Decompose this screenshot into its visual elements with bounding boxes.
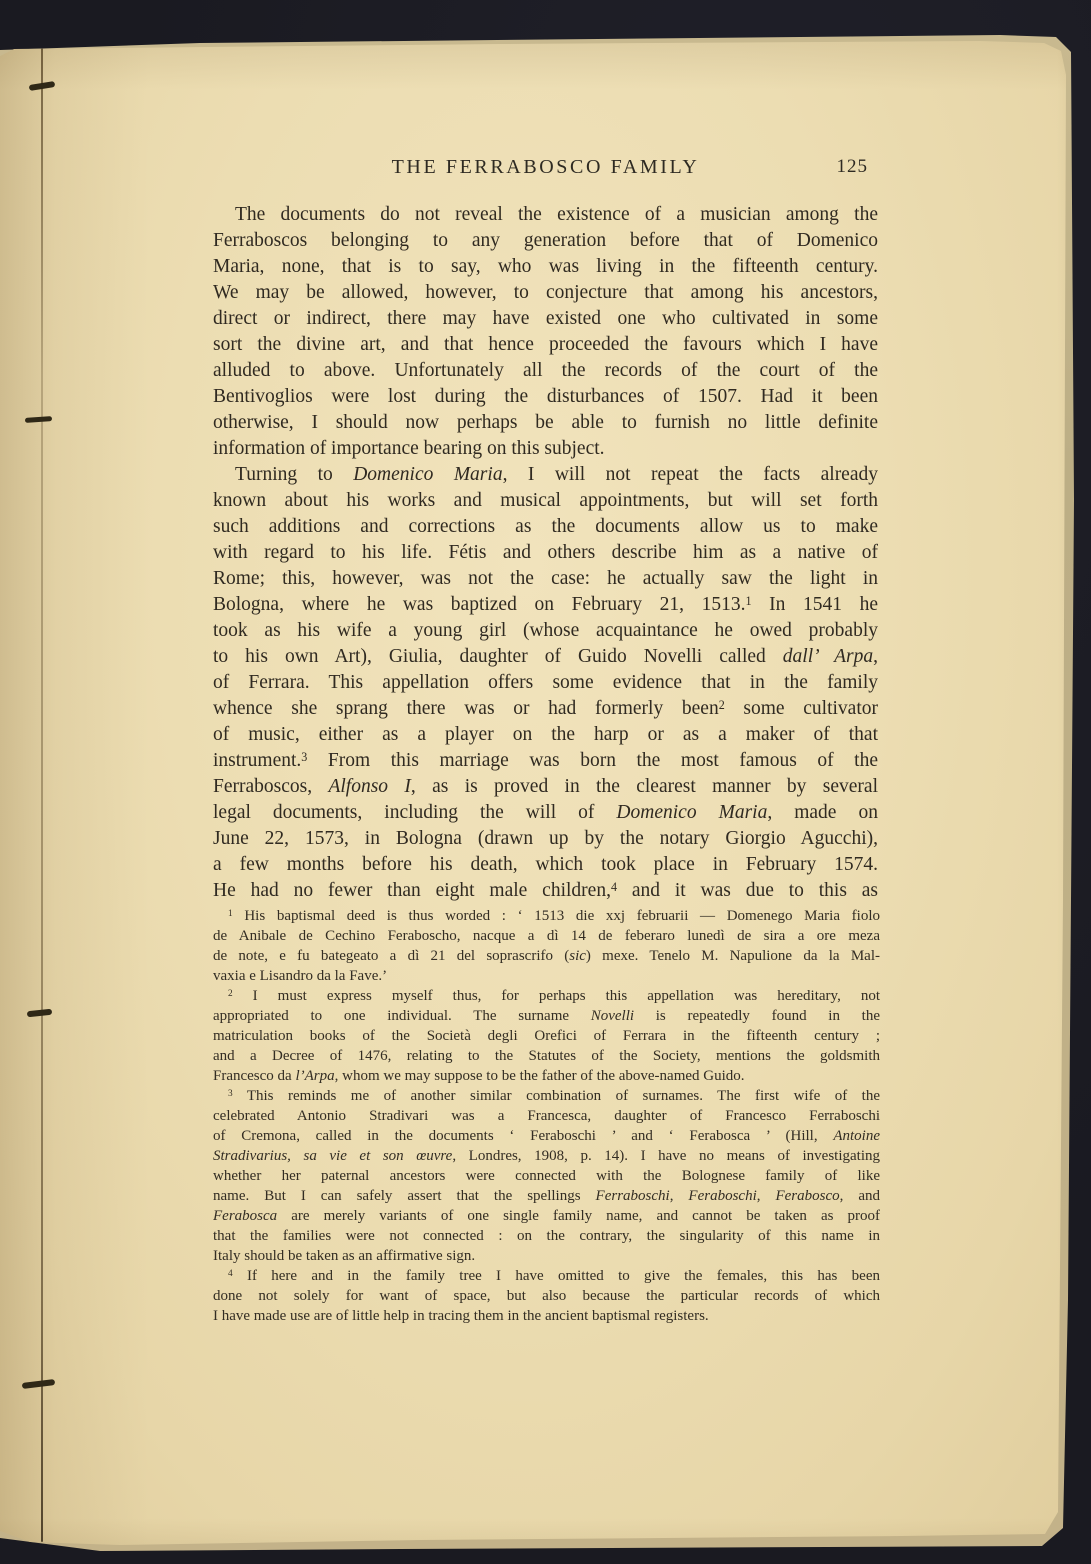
text-line: de note, e fu bategeato a dì 21 del sopr… (213, 946, 880, 966)
text-line: Turning to Domenico Maria, I will not re… (213, 462, 878, 488)
text-line: done not solely for want of space, but a… (213, 1286, 880, 1306)
footnote-2: 2 I must express myself thus, for perhap… (213, 986, 880, 1086)
text-line: celebrated Antonio Stradivari was a Fran… (213, 1106, 880, 1126)
text-line: such additions and corrections as the do… (213, 514, 878, 540)
running-header: THE FERRABOSCO FAMILY 125 (213, 156, 878, 186)
text-line: of Cremona, called in the documents ‘ Fe… (213, 1126, 880, 1146)
text-line: and a Decree of 1476, relating to the St… (213, 1046, 880, 1066)
text-line: vaxia e Lisandro da la Fave.’ (213, 966, 880, 986)
text-line: otherwise, I should now perhaps be able … (213, 410, 878, 436)
text-line: alluded to above. Unfortunately all the … (213, 358, 878, 384)
italic-text: Novelli (591, 1008, 634, 1024)
scan-background: THE FERRABOSCO FAMILY 125 The documents … (0, 0, 1091, 1564)
text-line: with regard to his life. Fétis and other… (213, 540, 878, 566)
italic-text: l’Arpa (295, 1068, 334, 1084)
binding-stitch-mark (25, 416, 52, 423)
text-line: The documents do not reveal the existenc… (213, 202, 878, 228)
text-line: sort the divine art, and that hence proc… (213, 332, 878, 358)
text-line: that the families were not connected : o… (213, 1226, 880, 1246)
text-line: We may be allowed, however, to conjectur… (213, 280, 878, 306)
text-line: I have made use are of little help in tr… (213, 1306, 880, 1326)
page-number: 125 (837, 156, 869, 178)
italic-text: dall’ Arpa (783, 646, 873, 667)
text-line: Rome; this, however, was not the case: h… (213, 566, 878, 592)
text-line: Stradivarius, sa vie et son œuvre, Londr… (213, 1146, 880, 1166)
text-line: of Ferrara. This appellation offers some… (213, 670, 878, 696)
text-line: 4 If here and in the family tree I have … (213, 1266, 880, 1286)
italic-text: Ferabosca (213, 1208, 277, 1224)
text-line: a few months before his death, which too… (213, 852, 878, 878)
text-line: Maria, none, that is to say, who was liv… (213, 254, 878, 280)
text-line: information of importance bearing on thi… (213, 436, 878, 462)
footnote-ref: 3 (228, 1089, 233, 1099)
book-page: THE FERRABOSCO FAMILY 125 The documents … (0, 0, 1091, 1564)
paragraph: Turning to Domenico Maria, I will not re… (213, 462, 878, 904)
footnote-ref: 4 (611, 880, 617, 894)
italic-text: Antoine (833, 1128, 880, 1144)
text-line: known about his works and musical appoin… (213, 488, 878, 514)
text-line: Ferraboscos belonging to any generation … (213, 228, 878, 254)
text-line: He had no fewer than eight male children… (213, 878, 878, 904)
italic-text: Ferabosco (775, 1188, 839, 1204)
text-line: Bologna, where he was baptized on Februa… (213, 592, 878, 618)
text-line: instrument.3 From this marriage was born… (213, 748, 878, 774)
footnote-ref: 2 (719, 698, 725, 712)
italic-text: Feraboschi (688, 1188, 756, 1204)
footnotes: 1 His baptismal deed is thus worded : ‘ … (213, 906, 880, 1326)
footnote-4: 4 If here and in the family tree I have … (213, 1266, 880, 1326)
text-line: appropriated to one individual. The surn… (213, 1006, 880, 1026)
text-line: name. But I can safely assert that the s… (213, 1186, 880, 1206)
text-line: 3 This reminds me of another similar com… (213, 1086, 880, 1106)
footnote-1: 1 His baptismal deed is thus worded : ‘ … (213, 906, 880, 986)
text-line: to his own Art), Giulia, daughter of Gui… (213, 644, 878, 670)
text-line: of music, either as a player on the harp… (213, 722, 878, 748)
footnote-ref: 4 (228, 1269, 233, 1279)
page-title: THE FERRABOSCO FAMILY (213, 156, 878, 179)
text-line: de Anibale de Cechino Feraboscho, nacque… (213, 926, 880, 946)
italic-text: Stradivarius, sa vie et son œuvre (213, 1148, 452, 1164)
text-line: whence she sprang there was or had forme… (213, 696, 878, 722)
italic-text: sic (569, 948, 586, 964)
text-line: whether her paternal ancestors were conn… (213, 1166, 880, 1186)
binding-stitch-mark (22, 1379, 55, 1389)
text-line: Ferabosca are merely variants of one sin… (213, 1206, 880, 1226)
text-line: Italy should be taken as an affirmative … (213, 1246, 880, 1266)
italic-text: Ferraboschi (596, 1188, 670, 1204)
text-line: June 22, 1573, in Bologna (drawn up by t… (213, 826, 878, 852)
italic-text: Domenico Maria (616, 802, 767, 823)
footnote-ref: 1 (745, 594, 751, 608)
footnote-ref: 3 (301, 750, 307, 764)
text-line: took as his wife a young girl (whose acq… (213, 618, 878, 644)
text-line: matriculation books of the Società degli… (213, 1026, 880, 1046)
text-line: direct or indirect, there may have exist… (213, 306, 878, 332)
footnote-ref: 2 (228, 989, 233, 999)
text-line: legal documents, including the will of D… (213, 800, 878, 826)
footnote-ref: 1 (228, 909, 233, 919)
footnote-3: 3 This reminds me of another similar com… (213, 1086, 880, 1266)
italic-text: Domenico Maria (353, 464, 502, 485)
text-line: 1 His baptismal deed is thus worded : ‘ … (213, 906, 880, 926)
text-line: 2 I must express myself thus, for perhap… (213, 986, 880, 1006)
text-line: Francesco da l’Arpa, whom we may suppose… (213, 1066, 880, 1086)
paragraph: The documents do not reveal the existenc… (213, 202, 878, 462)
text-line: Bentivoglios were lost during the distur… (213, 384, 878, 410)
text-line: Ferraboscos, Alfonso I, as is proved in … (213, 774, 878, 800)
body-text: The documents do not reveal the existenc… (213, 202, 878, 904)
binding-crease-line (41, 46, 43, 1542)
italic-text: Alfonso I (328, 776, 410, 797)
binding-stitch-mark (27, 1009, 52, 1018)
